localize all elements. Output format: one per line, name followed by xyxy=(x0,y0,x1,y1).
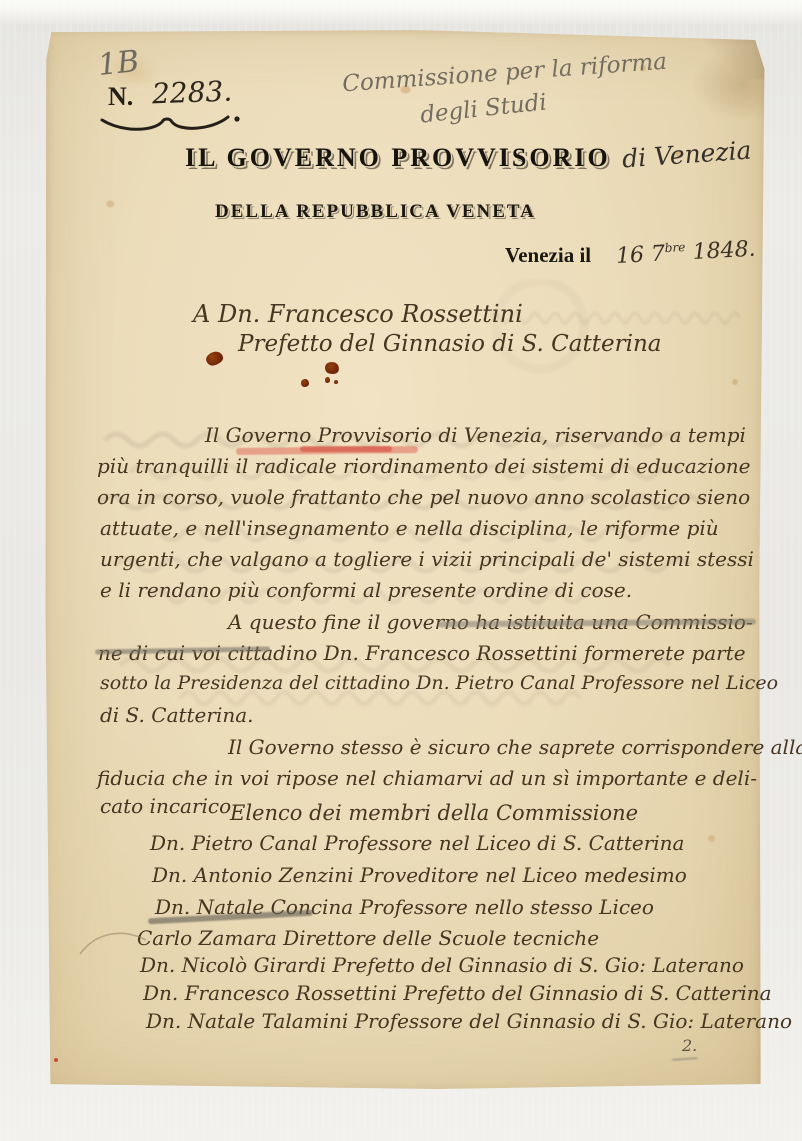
dateline-day: 16 7 xyxy=(615,241,665,269)
body-line: e li rendano più conformi al presente or… xyxy=(100,578,632,602)
letterhead-title: IL GOVERNO PROVVISORIO xyxy=(185,143,611,173)
commission-member: Dn. Natale Talamini Professore del Ginna… xyxy=(146,1009,792,1033)
addressee-name: A Dn. Francesco Rossettini xyxy=(193,300,523,328)
commission-member: Dn. Pietro Canal Professore nel Liceo di… xyxy=(150,831,684,855)
body-line: urgenti, che valgano a togliere i vizii … xyxy=(100,547,754,571)
letterhead-subtitle: DELLA REPUBBLICA VENETA xyxy=(215,201,536,223)
body-line: cato incarico xyxy=(100,794,231,818)
body-line: attuate, e nell'insegnamento e nella dis… xyxy=(100,516,719,540)
commission-member: Carlo Zamara Direttore delle Scuole tecn… xyxy=(137,926,599,950)
body-line: più tranquilli il radicale riordinamento… xyxy=(97,454,751,478)
body-line: ne di cui voi cittadino Dn. Francesco Ro… xyxy=(98,641,746,665)
commission-member: Dn. Nicolò Girardi Prefetto del Ginnasio… xyxy=(140,953,744,977)
body-line: di S. Catterina. xyxy=(100,703,254,727)
commission-member: Dn. Francesco Rossettini Prefetto del Gi… xyxy=(143,981,772,1005)
registry-flourish-underline xyxy=(100,112,242,136)
ink-blot xyxy=(334,380,338,384)
body-line: Il Governo Provvisorio di Venezia, riser… xyxy=(205,423,746,447)
commission-list-heading: Elenco dei membri della Commissione xyxy=(230,801,638,825)
scanned-letter-page: 1B N. 2283. Commissione per la riforma d… xyxy=(0,0,802,1141)
folio-number-pencil: 1B xyxy=(96,44,141,83)
red-dot-stain xyxy=(54,1058,58,1062)
registry-number-value: 2283. xyxy=(151,75,232,111)
body-line: fiducia che in voi ripose nel chiamarvi … xyxy=(97,766,757,790)
letterhead-place-hand: di Venezia xyxy=(621,136,752,174)
archivist-note-line2: degli Studi xyxy=(419,89,548,128)
page-number-mark: 2. xyxy=(682,1036,697,1055)
dateline-handwritten: 16 7bre 1848. xyxy=(615,236,756,269)
body-line: Il Governo stesso è sicuro che saprete c… xyxy=(228,735,802,759)
pencil-stray-curve xyxy=(78,920,150,960)
ink-blot xyxy=(325,377,330,383)
page-mark-dash xyxy=(672,1057,698,1061)
red-underline-mark-dark xyxy=(300,446,392,452)
registry-number-label: N. xyxy=(108,82,133,112)
dateline-printed: Venezia il xyxy=(505,243,591,268)
ink-blot xyxy=(301,379,309,387)
dateline-year: 1848. xyxy=(685,237,756,266)
body-line: ora in corso, vuole frattanto che pel nu… xyxy=(97,485,750,509)
dateline-month-sup: bre xyxy=(664,240,685,255)
archivist-note-line1: Commissione per la riforma xyxy=(341,49,667,98)
addressee-title: Prefetto del Ginnasio di S. Catterina xyxy=(238,331,661,357)
commission-member: Dn. Antonio Zenzini Proveditore nel Lice… xyxy=(152,863,687,887)
body-line: sotto la Presidenza del cittadino Dn. Pi… xyxy=(100,672,778,694)
